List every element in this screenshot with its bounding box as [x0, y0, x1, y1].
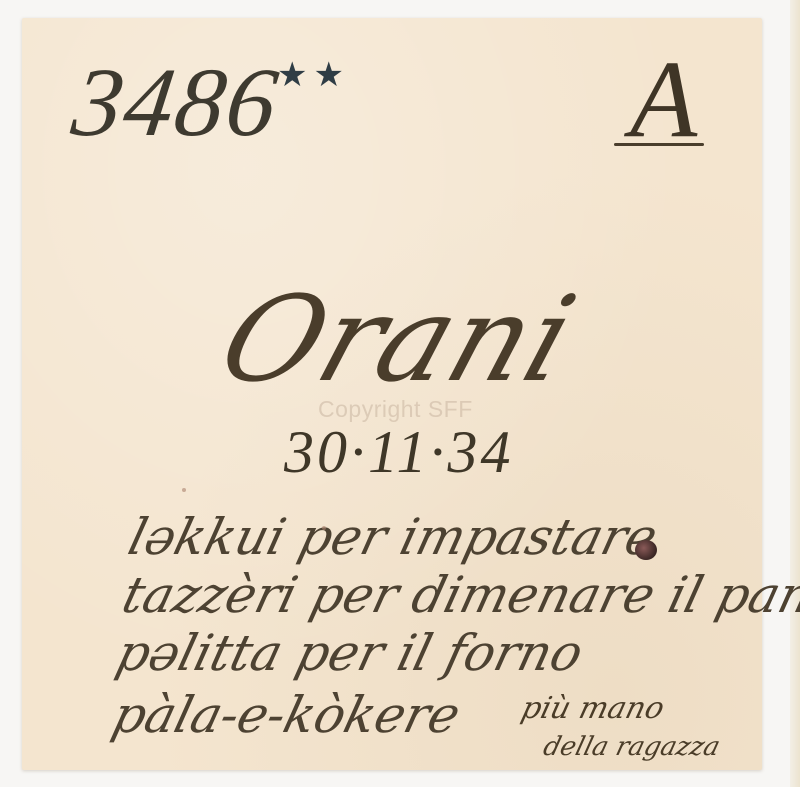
star-marks-icon: ★★ — [277, 58, 350, 92]
date: 30·11·34 — [284, 422, 514, 482]
archival-card: 3486 ★★ A Orani Copyright SFF 30·11·34 l… — [22, 18, 762, 770]
entry-line-4: pàla-e-kòkere — [108, 690, 465, 740]
entry-line-2: tazzèri per dimenare il pane — [118, 570, 800, 620]
series-letter: A — [630, 44, 697, 154]
series-letter-underline — [614, 143, 704, 146]
place-name: Orani — [208, 280, 589, 398]
side-note-line-1: più mano — [518, 694, 667, 724]
entry-line-1: ləkkui per impastare — [124, 512, 662, 562]
paper-speck — [322, 526, 326, 530]
catalog-number: 3486 — [67, 54, 285, 152]
paper-speck — [182, 488, 186, 492]
side-note-line-2: della ragazza — [541, 734, 723, 760]
adjacent-card-edge — [790, 0, 800, 787]
entry-line-3: pəlitta per il forno — [112, 628, 588, 678]
ink-stain — [635, 540, 657, 560]
